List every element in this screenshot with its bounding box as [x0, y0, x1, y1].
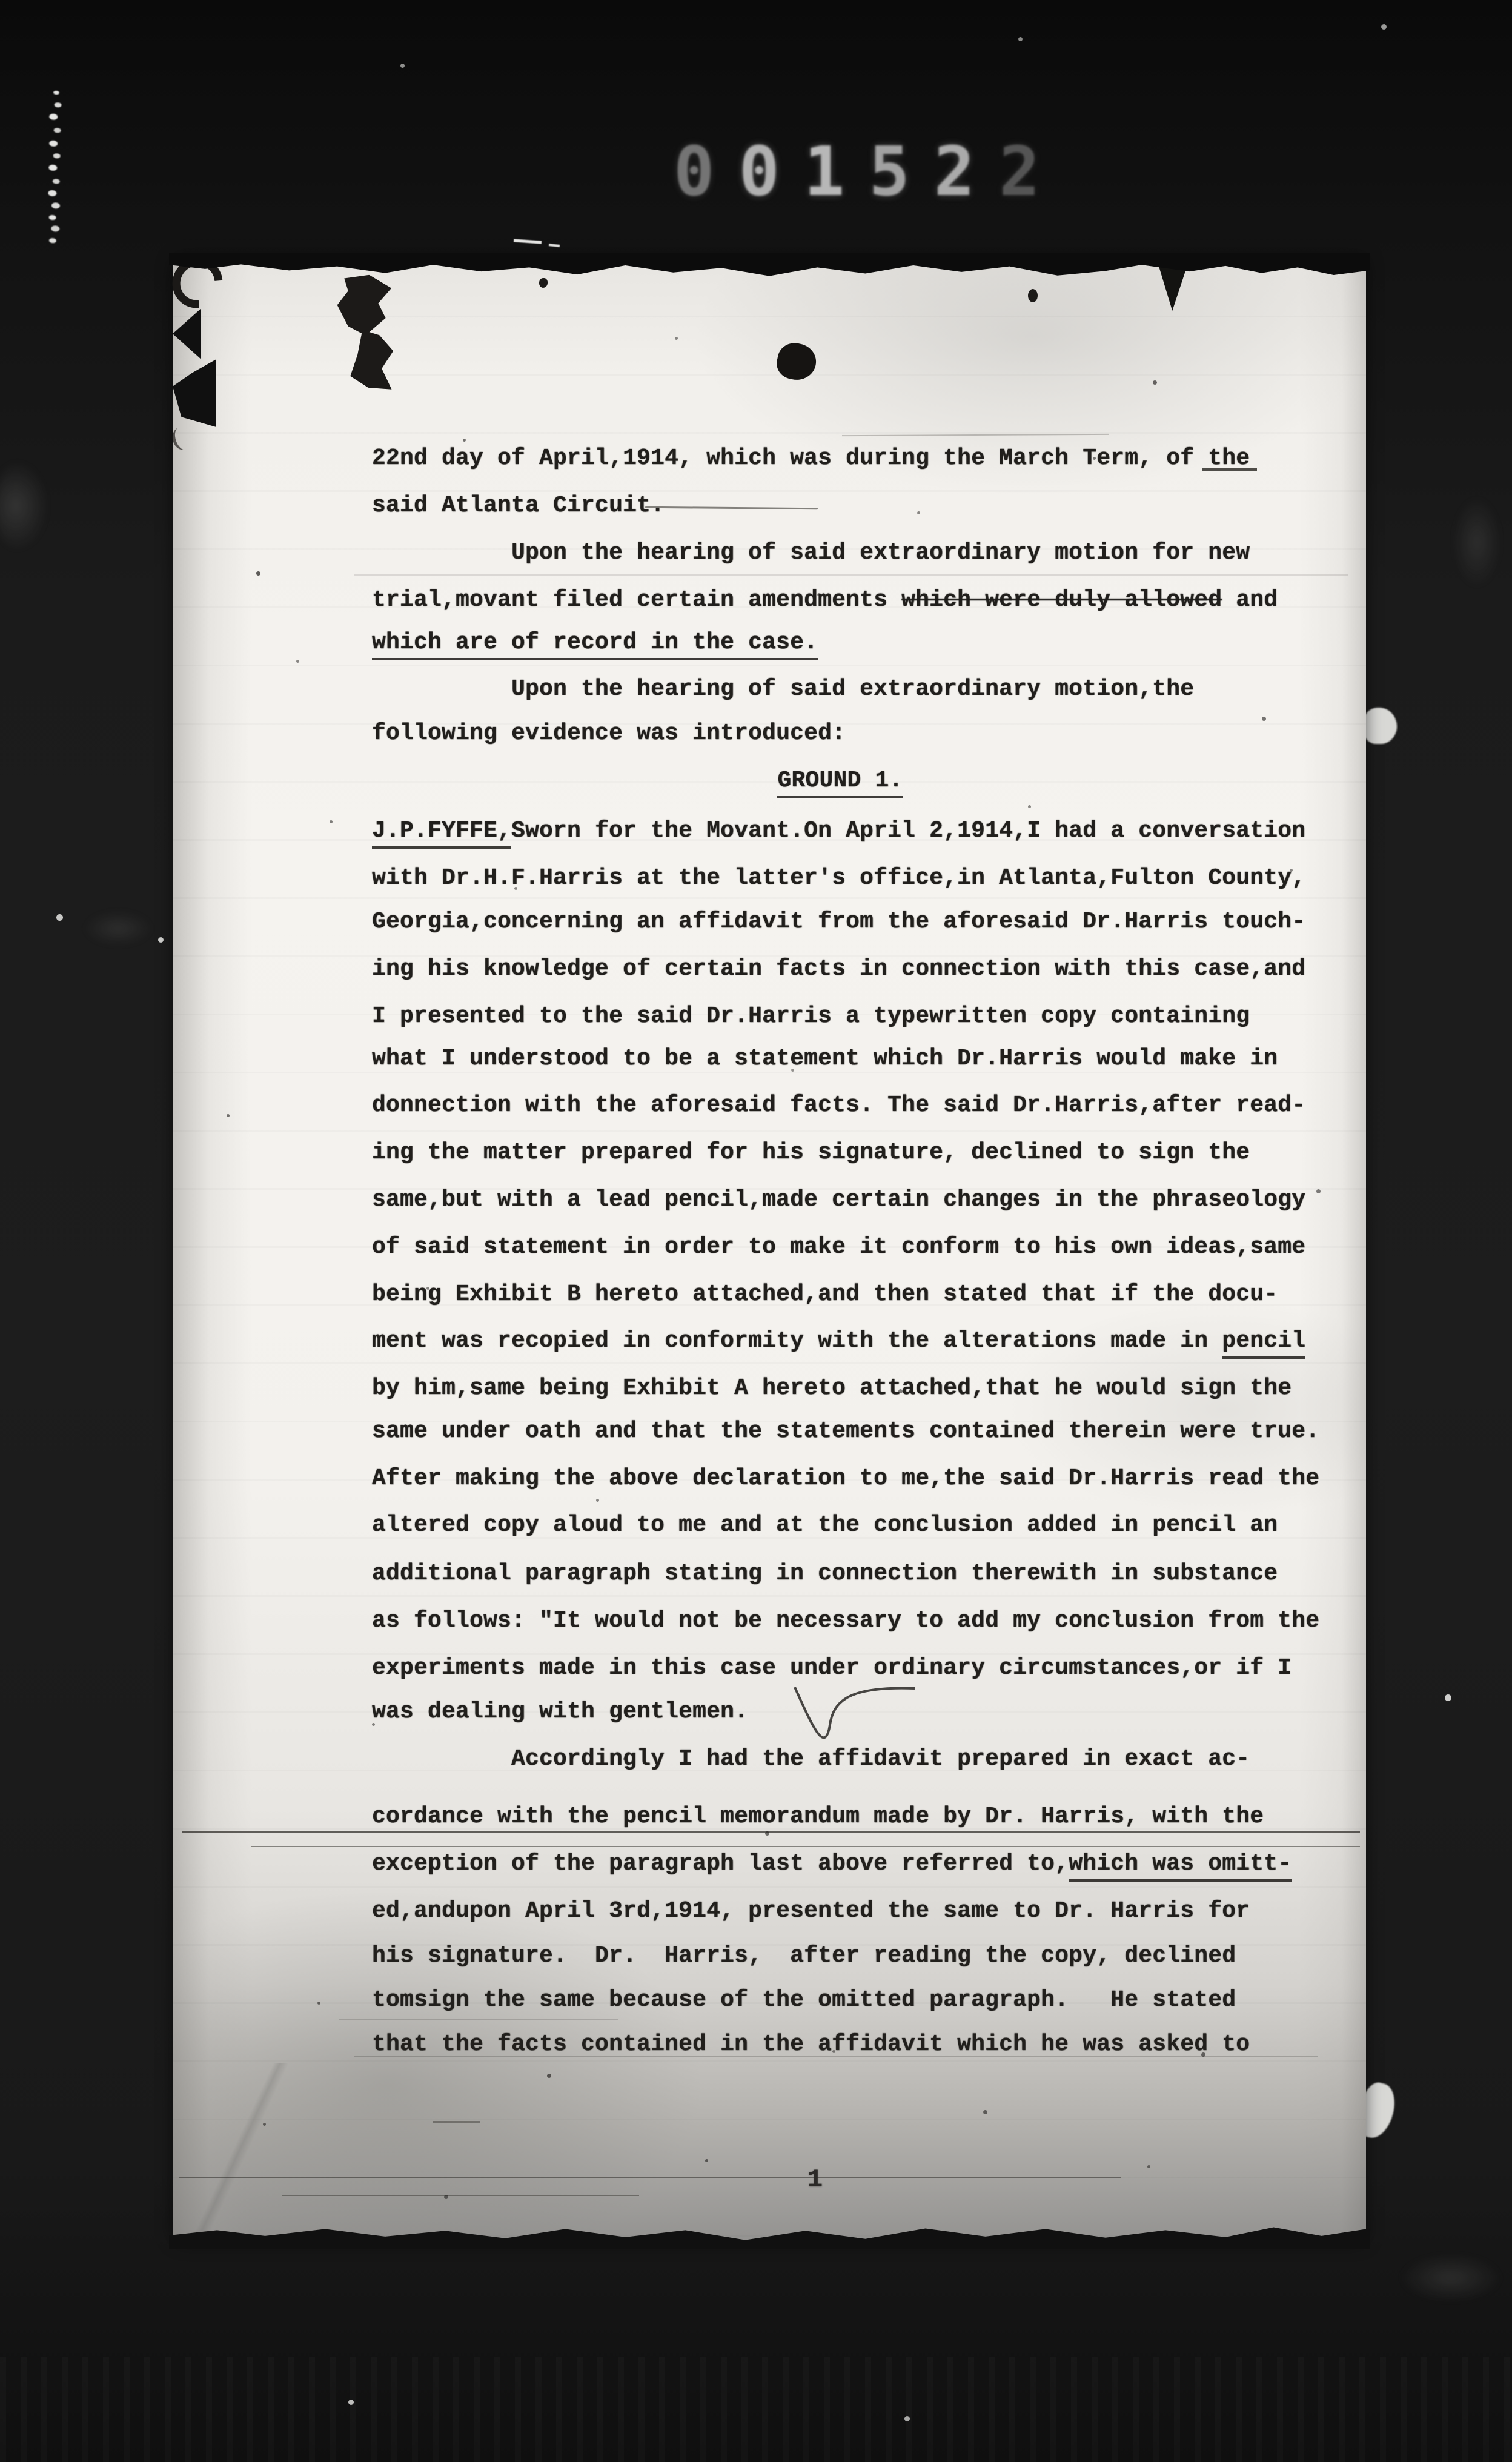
stamp-digit: 0	[738, 133, 803, 211]
text-line: Upon the hearing of said extraordinary m…	[372, 675, 1194, 704]
text-line: ment was recopied in conformity with the…	[372, 1327, 1305, 1356]
text-line: same,but with a lead pencil,made certain…	[372, 1186, 1305, 1215]
scan-line-artifact	[354, 574, 1348, 576]
scan-line-artifact	[182, 1831, 1360, 1833]
stamp-digit: 5	[869, 133, 933, 211]
text-line: what I understood to be a statement whic…	[372, 1044, 1278, 1073]
text-line: of said statement in order to make it co…	[372, 1233, 1305, 1262]
film-frame-number: 001522	[674, 138, 1064, 206]
film-smudge	[1399, 2254, 1502, 2302]
text-line: which are of record in the case.	[372, 628, 818, 657]
page-number: 1	[807, 2167, 823, 2192]
text-segment: experiments made in this case under ordi…	[372, 1655, 1291, 1681]
text-line: was dealing with gentlemen.	[372, 1697, 748, 1727]
scan-line-artifact	[339, 2019, 618, 2020]
text-segment: of said statement in order to make it co…	[372, 1234, 1305, 1260]
text-line: cordance with the pencil memorandum made…	[372, 1802, 1264, 1831]
text-line: ed,andupon April 3rd,1914, presented the…	[372, 1897, 1250, 1926]
film-smudge	[0, 460, 48, 551]
scan-line-artifact	[179, 2177, 1121, 2178]
text-segment: said Atlanta Circuit.	[372, 493, 665, 519]
stamp-digit: 0	[674, 133, 738, 211]
text-segment: trial,movant filed certain amendments	[372, 587, 901, 613]
ink-blot	[1028, 289, 1038, 302]
film-scratch	[549, 244, 560, 247]
underlined-text: which was omitt-	[1069, 1851, 1291, 1882]
text-segment: by him,same being Exhibit A hereto attac…	[372, 1375, 1291, 1401]
stamp-digit: 2	[999, 133, 1064, 211]
text-segment: with Dr.H.F.Harris at the latter's offic…	[372, 865, 1305, 891]
scan-line-artifact	[1202, 468, 1257, 471]
text-segment: Sworn for the Movant.On April 2,1914,I h…	[511, 818, 1305, 844]
heading-line: GROUND 1.	[372, 766, 1308, 795]
text-segment: was dealing with gentlemen.	[372, 1699, 748, 1725]
underlined-text: GROUND 1.	[777, 768, 903, 798]
text-line: same under oath and that the statements …	[372, 1417, 1319, 1446]
film-smudge	[1453, 497, 1501, 588]
text-segment: Upon the hearing of said extraordinary m…	[372, 540, 1250, 566]
text-segment: his signature. Dr. Harris, after reading…	[372, 1943, 1236, 1969]
text-line: following evidence was introduced:	[372, 719, 846, 748]
page-tear-nub	[1363, 708, 1397, 744]
text-line: additional paragraph stating in connecti…	[372, 1559, 1278, 1588]
scan-line-artifact	[282, 2195, 639, 2196]
text-line: experiments made in this case under ordi…	[372, 1654, 1291, 1683]
text-line: tomsign the same because of the omitted …	[372, 1986, 1236, 2015]
text-segment: that the facts contained in the affidavi…	[372, 2031, 1250, 2057]
text-line: as follows: "It would not be necessary t…	[372, 1607, 1319, 1636]
text-line: J.P.FYFFE,Sworn for the Movant.On April …	[372, 817, 1305, 846]
text-segment: being Exhibit B hereto attached,and then…	[372, 1281, 1278, 1307]
text-segment: same,but with a lead pencil,made certain…	[372, 1187, 1305, 1213]
text-segment: Upon the hearing of said extraordinary m…	[372, 676, 1194, 702]
scan-line-artifact	[251, 1846, 1360, 1847]
underlined-text: which are of record in the case.	[372, 629, 818, 660]
film-edge-texture	[0, 2357, 1512, 2462]
text-line: Upon the hearing of said extraordinary m…	[372, 539, 1250, 568]
film-scratch-streak	[53, 91, 59, 95]
text-line: trial,movant filed certain amendments wh…	[372, 586, 1278, 615]
text-line: ing his knowledge of certain facts in co…	[372, 955, 1305, 984]
underlined-text: pencil	[1222, 1328, 1305, 1359]
text-segment: 22nd day of April,1914, which was during…	[372, 445, 1250, 471]
text-line: that the facts contained in the affidavi…	[372, 2030, 1250, 2059]
text-line: After making the above declaration to me…	[372, 1464, 1319, 1493]
film-smudge	[85, 912, 151, 945]
text-segment: I presented to the said Dr.Harris a type…	[372, 1003, 1250, 1029]
text-segment: and	[1222, 587, 1278, 613]
text-line: being Exhibit B hereto attached,and then…	[372, 1280, 1278, 1309]
text-line: I presented to the said Dr.Harris a type…	[372, 1002, 1250, 1031]
text-segment: exception of the paragraph last above re…	[372, 1851, 1069, 1877]
film-background: 001522 22nd day of April,1914, which was…	[0, 0, 1512, 2462]
text-segment: donnection with the aforesaid facts. The…	[372, 1092, 1305, 1118]
text-segment: ment was recopied in conformity with the…	[372, 1328, 1222, 1354]
text-segment: same under oath and that the statements …	[372, 1418, 1319, 1444]
page-crease	[173, 2063, 312, 2245]
text-line: donnection with the aforesaid facts. The…	[372, 1091, 1305, 1120]
text-segment: ed,andupon April 3rd,1914, presented the…	[372, 1898, 1250, 1924]
film-dust-specks	[0, 0, 3, 3]
text-segment: following evidence was introduced:	[372, 720, 846, 746]
text-segment: as follows: "It would not be necessary t…	[372, 1608, 1319, 1634]
scan-line-artifact	[354, 2056, 1318, 2057]
text-segment: additional paragraph stating in connecti…	[372, 1561, 1278, 1587]
text-line: Georgia,concerning an affidavit from the…	[372, 907, 1305, 937]
text-segment: Georgia,concerning an affidavit from the…	[372, 909, 1305, 935]
text-line: 22nd day of April,1914, which was during…	[372, 444, 1250, 473]
text-line: altered copy aloud to me and at the conc…	[372, 1511, 1278, 1540]
text-segment: ing the matter prepared for his signatur…	[372, 1140, 1250, 1166]
text-line: by him,same being Exhibit A hereto attac…	[372, 1374, 1291, 1403]
text-segment: cordance with the pencil memorandum made…	[372, 1803, 1264, 1830]
text-segment: what I understood to be a statement whic…	[372, 1046, 1278, 1072]
stamp-digit: 1	[804, 133, 869, 211]
text-segment: After making the above declaration to me…	[372, 1465, 1319, 1491]
film-scratch	[514, 239, 542, 244]
struck-text: which were duly allowed	[901, 587, 1222, 613]
text-line: ing the matter prepared for his signatur…	[372, 1138, 1250, 1167]
text-segment: altered copy aloud to me and at the conc…	[372, 1512, 1278, 1538]
text-segment: tomsign the same because of the omitted …	[372, 1987, 1236, 2013]
text-line: exception of the paragraph last above re…	[372, 1850, 1291, 1879]
text-line: said Atlanta Circuit.	[372, 491, 665, 520]
underlined-text: J.P.FYFFE,	[372, 818, 511, 849]
scan-line-artifact	[433, 2121, 480, 2123]
stamp-digit: 2	[934, 133, 999, 211]
text-segment: ing his knowledge of certain facts in co…	[372, 956, 1305, 982]
text-line: with Dr.H.F.Harris at the latter's offic…	[372, 864, 1305, 893]
text-line: his signature. Dr. Harris, after reading…	[372, 1942, 1236, 1971]
document-page: 22nd day of April,1914, which was during…	[173, 257, 1366, 2243]
pencil-swoosh-mark	[794, 1682, 921, 1761]
